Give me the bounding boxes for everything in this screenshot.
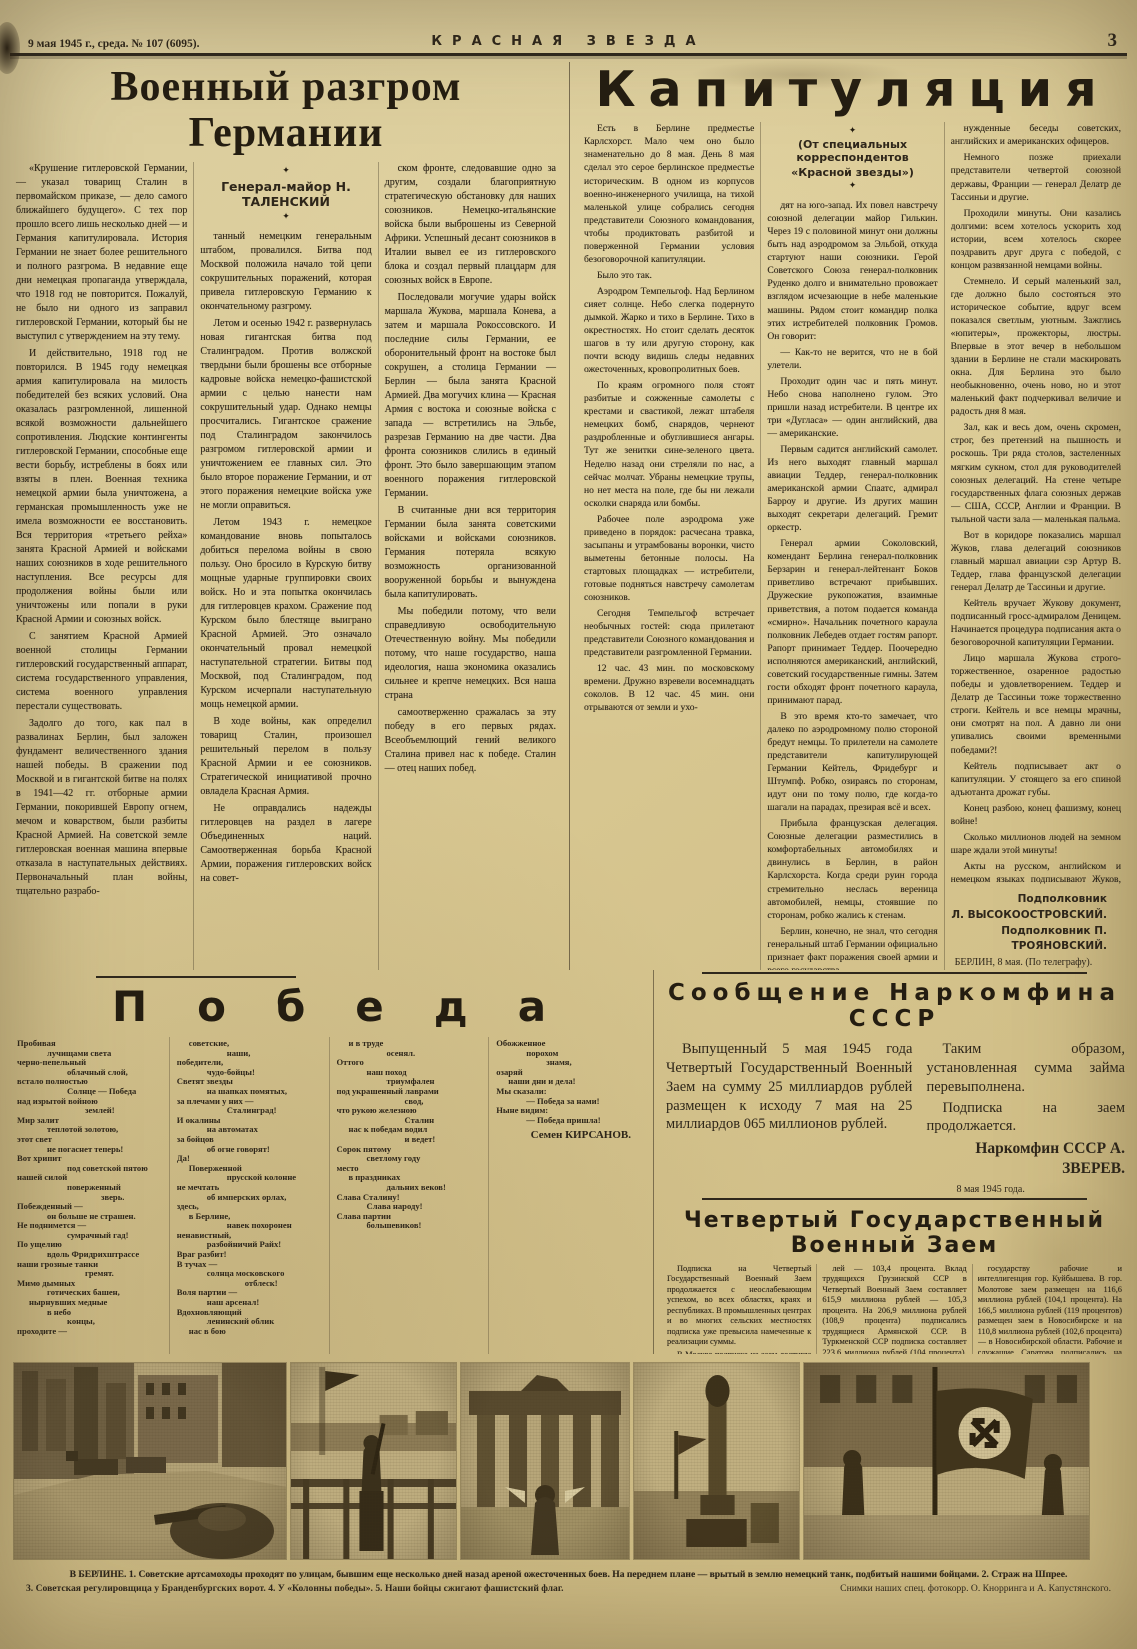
kapit-subhead-line2: «Красной звезды») <box>767 166 937 179</box>
article-razgrom-columns: «Крушение гитлеровской Германии, — указа… <box>10 162 562 970</box>
kapit-column-2: ✦ (От специальных корреспондентов «Красн… <box>760 122 943 970</box>
poem-line: на шапках помятых, <box>177 1087 322 1097</box>
poem-line: Сорок пятому <box>337 1145 482 1155</box>
signature-author-1: Л. ВЫСОКООСТРОВСКИЙ. <box>951 908 1107 924</box>
poem-column-3: и в трудеосенял.Оттогонаш походтриумфале… <box>329 1037 489 1354</box>
paragraph: Сколько миллионов людей на земном шаре ж… <box>951 831 1121 857</box>
kapit-column-3: нужденные беседы советских, английских и… <box>944 122 1127 970</box>
poem-line: за плечами у них — <box>177 1097 322 1107</box>
poem-line: Слава народу! <box>337 1202 482 1212</box>
paragraph: В Москве подписка на заем достигла 1.344… <box>667 1350 811 1355</box>
newspaper-page: 9 мая 1945 г., среда. № 107 (6095). КРАС… <box>0 0 1137 1649</box>
paragraph: Летом 1943 г. немецкое командование внов… <box>200 516 371 712</box>
poem-line: чудо-бойцы! <box>177 1068 322 1078</box>
poem-line: вдоль Фридрихштрассе <box>17 1250 162 1260</box>
poem-line: навек похоронен <box>177 1221 322 1231</box>
paragraph: Проходит один час и пять минут. Небо сно… <box>767 375 937 440</box>
poem-line: Вдохновляющий <box>177 1308 322 1318</box>
article-razgrom: Военный разгром Германии «Крушение гитле… <box>10 62 570 970</box>
paragraph: Генерал армии Соколовский, комендант Бер… <box>767 537 937 707</box>
poem-line: и в труде <box>337 1039 482 1049</box>
paragraph: Аэродром Темпельгоф. Над Берлином сияет … <box>584 285 754 376</box>
subhead-block: ✦ (От специальных корреспондентов «Красн… <box>767 126 937 191</box>
paragraph: В ходе войны, как определил товарищ Стал… <box>200 715 371 799</box>
byline-block: ✦ Генерал-майор Н. ТАЛЕНСКИЙ ✦ <box>200 166 371 222</box>
poem-line: здесь, <box>177 1202 322 1212</box>
razgrom-column-1: «Крушение гитлеровской Германии, — указа… <box>10 162 193 970</box>
poem-line: Побежденный — <box>17 1202 162 1212</box>
paragraph: Мы победили потому, что вели справедливу… <box>385 605 556 703</box>
dateline: БЕРЛИН, 8 мая. (По телеграфу). <box>951 955 1107 970</box>
paragraph: Летом и осенью 1942 г. развернулась нова… <box>200 317 371 513</box>
poem-line: теплотой золотою, <box>17 1125 162 1135</box>
poem-line: Вот хрипит <box>17 1154 162 1164</box>
poem-line: разбойничий Райх! <box>177 1240 322 1250</box>
kapit-subhead-line1: (От специальных корреспондентов <box>767 138 937 164</box>
photo-sentry-spree <box>291 1363 456 1559</box>
poem-line: зверь. <box>17 1193 162 1203</box>
paragraph: Последовали могучие удары войск маршала … <box>385 291 556 501</box>
poem-line: и ведет! <box>337 1135 482 1145</box>
poem-section: Победа Пробиваялучищами светачерно-пепел… <box>10 970 654 1354</box>
poem-line: В тучах — <box>177 1260 322 1270</box>
poem-line: облачный слой, <box>17 1068 162 1078</box>
brandenburg-gate-illustration <box>461 1363 629 1559</box>
photo-caption-line2: 3. Советская регулировщица у Бранденбург… <box>26 1582 1111 1596</box>
paragraph: Акты на русском, английском и немецком я… <box>951 860 1121 888</box>
narkomfin-title: Сообщение Наркомфина СССР <box>662 980 1127 1032</box>
poem-line: порохом <box>496 1049 641 1059</box>
poem-line: Сталин <box>337 1116 482 1126</box>
poem-line: Ныне видим: <box>496 1106 641 1116</box>
kapit-column-2-text: дят на юго-запад. Их повел навстречу сою… <box>767 199 937 970</box>
poem-line: Воля партии — <box>177 1288 322 1298</box>
poem-line: Мир залит <box>17 1116 162 1126</box>
spree-sentry-illustration <box>291 1363 456 1559</box>
poem-line: наш арсенал! <box>177 1298 322 1308</box>
poem-line: землей! <box>17 1106 162 1116</box>
paragraph: Прибыла французская делегация. Союзные д… <box>767 817 937 921</box>
ornament-diamond-icon: ✦ <box>767 181 937 191</box>
paragraph: Берлин, конечно, не знал, что сегодня ге… <box>767 925 937 970</box>
poem-column-2: советские,наши,победители,чудо-бойцы!Све… <box>169 1037 329 1354</box>
paragraph: Задолго до того, как пал в развалинах Бе… <box>16 717 187 899</box>
poem-line: об огне говорят! <box>177 1145 322 1155</box>
masthead: 9 мая 1945 г., среда. № 107 (6095). КРАС… <box>14 26 1123 50</box>
section-rule <box>96 976 296 978</box>
photo-victory-column <box>634 1363 799 1559</box>
poem-line: что рукою железною <box>337 1106 482 1116</box>
poem-line: Пробивая <box>17 1039 162 1049</box>
razgrom-column-3: ском фронте, следовавшие одно за другим,… <box>378 162 562 970</box>
poem-line: — Победа за нами! <box>496 1097 641 1107</box>
paragraph: танный немецким генеральным штабом, пров… <box>200 230 371 314</box>
paragraph: И действительно, 1918 год не повторился.… <box>16 347 187 627</box>
poem-line: наши, <box>177 1049 322 1059</box>
paragraph: ском фронте, следовавшие одно за другим,… <box>385 162 556 288</box>
poem-line: концы, <box>17 1317 162 1327</box>
paragraph: Немного позже приехали представители чет… <box>951 151 1121 203</box>
page-number: 3 <box>1108 30 1118 52</box>
poem-line: нас в бою <box>177 1327 322 1337</box>
poem-line: готических башен, <box>17 1288 162 1298</box>
poem-column-4: Обожженноепорохомзнамя,озаряйнаши дни и … <box>488 1037 648 1354</box>
loan-column-3: государству рабочие и интеллигенция гор.… <box>972 1264 1127 1355</box>
top-section: Военный разгром Германии «Крушение гитле… <box>10 62 1127 970</box>
poem-line: — Победа пришла! <box>496 1116 641 1126</box>
paragraph: Конец разбою, конец фашизму, конец войне… <box>951 802 1121 828</box>
poem-line: не погаснет теперь! <box>17 1145 162 1155</box>
poem-line: светлому году <box>337 1154 482 1164</box>
signature-block: Подполковник Л. ВЫСОКООСТРОВСКИЙ. Подпол… <box>951 892 1121 970</box>
poem-line: Да! <box>177 1154 322 1164</box>
loan-column-1: Подписка на Четвертый Государственный Во… <box>662 1264 816 1355</box>
narkomfin-left-text: Выпущенный 5 мая 1945 года Четвертый Гос… <box>662 1040 920 1196</box>
photo-brandenburg-gate <box>461 1363 629 1559</box>
poem-line: Светят звезды <box>177 1077 322 1087</box>
poem-line: Не поднимется — <box>17 1221 162 1231</box>
poem-line: лучищами света <box>17 1049 162 1059</box>
poem-line: Мы сказали: <box>496 1087 641 1097</box>
poem-line: в праздниках <box>337 1173 482 1183</box>
poem-line: место <box>337 1164 482 1174</box>
poem-line: встало полностью <box>17 1077 162 1087</box>
poem-line: Слава Сталину! <box>337 1193 482 1203</box>
loan-columns: Подписка на Четвертый Государственный Во… <box>662 1264 1127 1355</box>
poem-line: Солнце — Победа <box>17 1087 162 1097</box>
razgrom-column-2-text: танный немецким генеральным штабом, пров… <box>200 230 371 886</box>
poem-line: сумрачный гад! <box>17 1231 162 1241</box>
poem-line: об имперских орлах, <box>177 1193 322 1203</box>
poem-line: победители, <box>177 1058 322 1068</box>
poem-line: под украшенный лаврами <box>337 1087 482 1097</box>
poem-line: он больше не страшен. <box>17 1212 162 1222</box>
poem-line: в небо <box>17 1308 162 1318</box>
poem-line: Слава партии <box>337 1212 482 1222</box>
poem-line: нырнувших медные <box>17 1298 162 1308</box>
narkomfin-paragraph: Подписка на заем продолжается. <box>926 1099 1125 1137</box>
ornament-diamond-icon: ✦ <box>200 212 371 222</box>
paragraph: Стемнело. И серый маленький зал, где дол… <box>951 275 1121 419</box>
poem-line: осенял. <box>337 1049 482 1059</box>
photo-strip <box>14 1363 1123 1559</box>
burning-flag-illustration <box>804 1363 1089 1559</box>
poem-line: наши грозные танки <box>17 1260 162 1270</box>
newspaper-title: КРАСНАЯ ЗВЕЗДА <box>14 34 1123 49</box>
poem-line: Враг разбит! <box>177 1250 322 1260</box>
poem-line: Сталинград! <box>177 1106 322 1116</box>
poem-line: И окалины <box>177 1116 322 1126</box>
poem-line: озаряй <box>496 1068 641 1078</box>
paragraph: 12 час. 43 мин. по московскому времени. … <box>584 662 754 714</box>
poem-line: наш поход <box>337 1068 482 1078</box>
poem-line: Поверженной <box>177 1164 322 1174</box>
paragraph: Лицо маршала Жукова строго-торжественное… <box>951 652 1121 756</box>
masthead-rule <box>10 53 1127 56</box>
loan-column-2: лей — 103,4 процента. Вклад трудящихся Г… <box>816 1264 971 1355</box>
poem-line: проходите — <box>17 1327 162 1337</box>
paragraph: лей — 103,4 процента. Вклад трудящихся Г… <box>822 1264 966 1355</box>
paragraph: Проходили минуты. Они казались долгими: … <box>951 207 1121 272</box>
paragraph: Есть в Берлине предместье Карлсхорст. Ма… <box>584 122 754 266</box>
narkomfin-right-column: Таким образом, установленная сумма займа… <box>920 1040 1127 1196</box>
article-kapit-columns: Есть в Берлине предместье Карлсхорст. Ма… <box>578 122 1127 970</box>
poem-line: Оттого <box>337 1058 482 1068</box>
poem-line: триумфален <box>337 1077 482 1087</box>
paragraph: С занятием Красной Армией военной столиц… <box>16 630 187 714</box>
poem-line: не мечтать <box>177 1183 322 1193</box>
article-razgrom-byline: Генерал-майор Н. ТАЛЕНСКИЙ <box>200 179 371 209</box>
razgrom-column-2: ✦ Генерал-майор Н. ТАЛЕНСКИЙ ✦ танный не… <box>193 162 377 970</box>
berlin-street-illustration <box>14 1363 286 1559</box>
poem-line: в Берлине, <box>177 1212 322 1222</box>
section-rule <box>702 1198 1087 1200</box>
poem-author: Семен КИРСАНОВ. <box>496 1125 641 1143</box>
middle-section: Победа Пробиваялучищами светачерно-пепел… <box>10 970 1127 1354</box>
poem-line: дальних веков! <box>337 1183 482 1193</box>
poem-line: прусской колонне <box>177 1173 322 1183</box>
paragraph: «Крушение гитлеровской Германии, — указа… <box>16 162 187 344</box>
poem-line: этот свет <box>17 1135 162 1145</box>
paragraph: нужденные беседы советских, английских и… <box>951 122 1121 148</box>
signature-rank: Подполковник <box>951 892 1107 908</box>
poem-line: ленинский облик <box>177 1317 322 1327</box>
poem-line: отблеск! <box>177 1279 322 1289</box>
paragraph: государству рабочие и интеллигенция гор.… <box>978 1264 1122 1355</box>
poem-line: ненавистный, <box>177 1231 322 1241</box>
photo-credit: Снимки наших спец. фотокорр. О. Кнорринг… <box>840 1582 1111 1596</box>
paragraph: Кейтель подписывает акт о капитуляции. У… <box>951 760 1121 799</box>
paragraph: Не оправдались надежды гитлеровцев на ра… <box>200 802 371 886</box>
poem-line: наши дни и дела! <box>496 1077 641 1087</box>
poem-line: под советской пятою <box>17 1164 162 1174</box>
narkomfin-columns: Выпущенный 5 мая 1945 года Четвертый Гос… <box>662 1040 1127 1196</box>
poem-line: Обожженное <box>496 1039 641 1049</box>
narkomfin-date: 8 мая 1945 года. <box>956 1183 1125 1196</box>
paragraph: В считанные дни вся территория Германии … <box>385 504 556 602</box>
poem-line: на автоматах <box>177 1125 322 1135</box>
signature-author-2: Подполковник П. ТРОЯНОВСКИЙ. <box>951 924 1107 956</box>
poem-line: большевиков! <box>337 1221 482 1231</box>
narkomfin-paragraph: Таким образом, установленная сумма займа… <box>926 1040 1125 1097</box>
photo-caption-continuation: 3. Советская регулировщица у Бранденбург… <box>26 1582 564 1596</box>
poem-line: По ущелию <box>17 1240 162 1250</box>
paragraph: Вот в коридоре показались маршал Жуков, … <box>951 529 1121 594</box>
paragraph: Кейтель вручает Жукову документ, подписа… <box>951 597 1121 649</box>
narkomfin-signature: Наркомфин СССР А. ЗВЕРЕВ. <box>926 1139 1125 1179</box>
ornament-diamond-icon: ✦ <box>200 166 371 176</box>
poem-line: знамя, <box>496 1058 641 1068</box>
poem-title: Победа <box>10 982 698 1031</box>
paragraph: самоотверженно сражалась за эту победу в… <box>385 706 556 776</box>
poem-line: советские, <box>177 1039 322 1049</box>
poem-line: солнца московского <box>177 1269 322 1279</box>
paragraph: Первым садится английский самолет. Из не… <box>767 443 937 534</box>
paragraph: Рабочее поле аэродрома уже приведено в п… <box>584 513 754 604</box>
poem-column-1: Пробиваялучищами светачерно-пепельныйобл… <box>10 1037 169 1354</box>
loan-title: Четвертый Государственный Военный Заем <box>662 1208 1127 1258</box>
poem-line: свод, <box>337 1097 482 1107</box>
paragraph: Подписка на Четвертый Государственный Во… <box>667 1264 811 1348</box>
section-rule <box>702 972 1087 974</box>
paragraph: дят на юго-запад. Их повел навстречу сою… <box>767 199 937 343</box>
paragraph: В это время кто-то замечает, что далеко … <box>767 710 937 814</box>
ornament-diamond-icon: ✦ <box>767 126 937 136</box>
paragraph: По краям огромного поля стоят разбитые и… <box>584 379 754 509</box>
photo-berlin-street-tanks <box>14 1363 286 1559</box>
loan-column-3-text: государству рабочие и интеллигенция гор.… <box>978 1264 1122 1355</box>
poem-line: черно-пепельный <box>17 1058 162 1068</box>
paragraph: — Как-то не верится, что не в бой улетел… <box>767 346 937 372</box>
kapit-column-3-text: нужденные беседы советских, английских и… <box>951 122 1121 888</box>
paragraph: Было это так. <box>584 269 754 282</box>
victory-column-illustration <box>634 1363 799 1559</box>
poem-line: гремят. <box>17 1269 162 1279</box>
poem-column-4-text: Обожженноепорохомзнамя,озаряйнаши дни и … <box>496 1039 641 1125</box>
poem-line: над изрытой войною <box>17 1097 162 1107</box>
poem-line: Мимо дымных <box>17 1279 162 1289</box>
article-kapit-title: Капитуляция <box>578 62 1127 118</box>
paragraph: Сегодня Темпельгоф встречает необычных г… <box>584 607 754 659</box>
kapit-column-1: Есть в Берлине предместье Карлсхорст. Ма… <box>578 122 760 970</box>
paragraph: Зал, как и весь дом, очень скромен, стро… <box>951 421 1121 525</box>
poem-line: поверженный <box>17 1183 162 1193</box>
poem-columns: Пробиваялучищами светачерно-пепельныйобл… <box>10 1037 648 1354</box>
article-razgrom-title: Военный разгром Германии <box>10 64 562 156</box>
photo-burning-fascist-flag <box>804 1363 1089 1559</box>
article-kapitulyaciya: Капитуляция Есть в Берлине предместье Ка… <box>570 62 1127 970</box>
poem-line: за бойцов <box>177 1135 322 1145</box>
poem-line: нас к победам водил <box>337 1125 482 1135</box>
finance-section: Сообщение Наркомфина СССР Выпущенный 5 м… <box>654 970 1127 1354</box>
photo-caption-line1: В БЕРЛИНЕ. 1. Советские артсамоходы прох… <box>26 1568 1111 1582</box>
poem-line: нашей силой <box>17 1173 162 1183</box>
